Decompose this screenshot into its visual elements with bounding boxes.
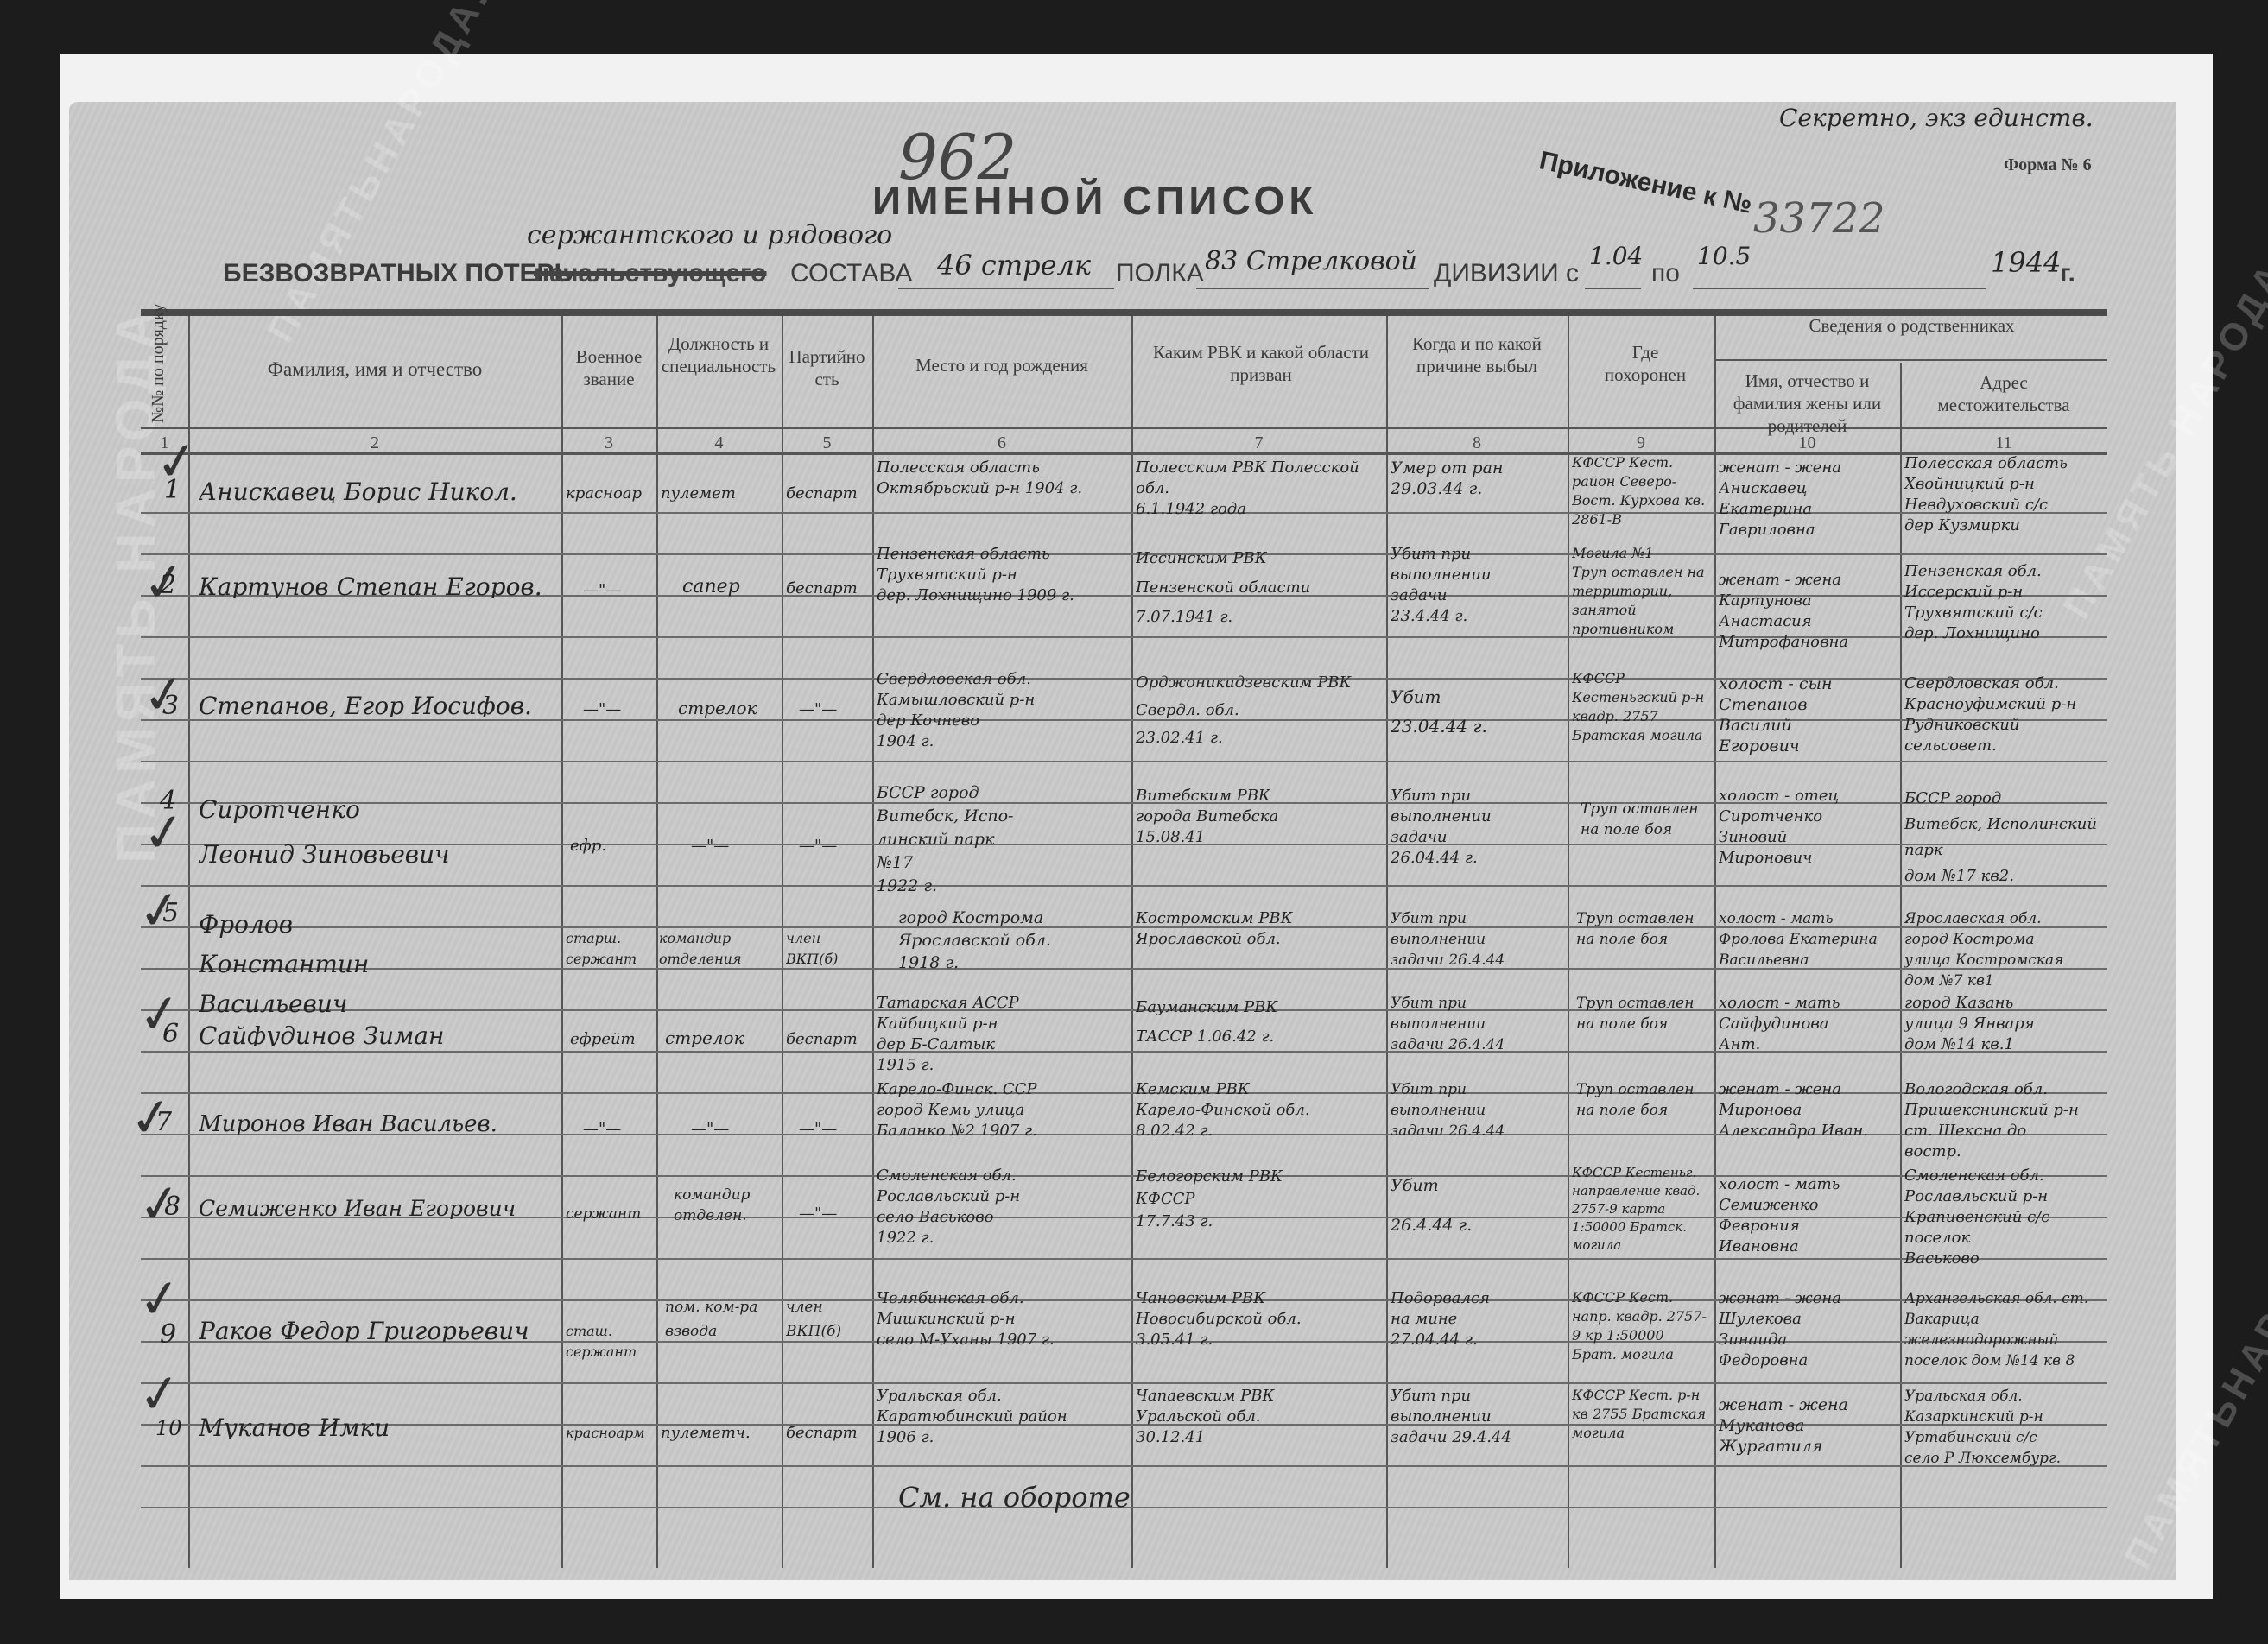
label-po: по [1651,259,1680,288]
party-cell: —"— [799,699,868,720]
address-cell: Полесская область Хвойницкий р-н Невдухо… [1904,453,2107,536]
drafted-cell: Витебским РВК города Витебска 15.08.41 [1136,786,1382,848]
row-number: 9 [160,1319,176,1350]
row-number: 8 [164,1192,181,1222]
birth-cell: Челябинская обл. Мишкинский р-н село М-У… [877,1288,1127,1350]
buried-cell: КФССР Кест. напр. квадр. 2757-9 кр 1:500… [1572,1288,1710,1383]
row-number: 2 [160,570,176,600]
position-cell: сапер [682,577,777,598]
name-cell: Сиротченко Леонид Зиновьевич [199,787,458,877]
relatives-cell: холост - сын Степанов Василий Егорович [1719,673,1896,756]
form-label: Форма № 6 [2004,155,2092,175]
position-cell: пулеметч. [661,1423,777,1444]
buried-cell: КФССР Кестеньгский р-н квадр. 2757 Братс… [1572,669,1710,764]
birth-cell: БССР город Витебск, Испо- линский парк №… [877,781,1127,898]
year: 1944 [1991,246,2061,279]
date-to: 10.5 [1697,242,1751,270]
party-cell: член ВКП(б) [786,928,868,970]
drafted-cell: Полесским РВК Полесской обл. 6.1.1942 го… [1136,458,1382,520]
rank-cell: ефрейт [570,1029,652,1050]
party-cell: —"— [799,1204,868,1224]
header-col-4: Должность и специальность [658,332,779,377]
address-cell: Вологодская обл. Пришекснинский р-н ст. … [1904,1079,2107,1162]
buried-cell: Могила №1 Труп оставлен на территории, з… [1572,544,1710,639]
row-number: 5 [162,898,179,928]
relatives-cell: холост - мать Фролова Екатерина Васильев… [1719,908,1896,971]
position-cell: —"— [691,836,777,857]
relatives-cell: женат - жена Миронова Александра Иван. [1719,1079,1896,1141]
label-polka: ПОЛКА [1116,259,1204,288]
row-number: 1 [164,475,181,505]
left-cell: Убит при выполнении задачи 26.04.44 г. [1391,786,1563,869]
col-number: 7 [1131,433,1386,453]
col-number: 5 [782,433,872,453]
birth-cell: Татарская АССР Кайбицкий р-н дер Б-Салты… [877,993,1127,1076]
address-cell: Уральская обл. Казаркинский р-н Уртабинс… [1904,1386,2107,1469]
address-cell: Архангельская обл. ст. Вакарица железнод… [1904,1288,2107,1375]
drafted-cell: Кемским РВК Карело-Финской обл. 8.02.42 … [1136,1079,1382,1141]
position-cell: командир отделения [659,928,780,970]
drafted-cell: Костромским РВК Ярославской обл. [1136,908,1382,950]
header-col-5: Партийность [786,345,868,390]
regiment-line [898,288,1114,289]
relatives-cell: холост - мать Сайфудинова Ант. [1719,993,1896,1055]
party-cell: член ВКП(б) [786,1295,868,1344]
left-cell: Убит при выполнении задачи 29.4.44 [1391,1386,1563,1448]
address-cell: город Казань улица 9 Января дом №14 кв.1 [1904,993,2107,1055]
birth-cell: Карело-Финск. ССР город Кемь улица Балан… [877,1079,1127,1141]
drafted-cell: Чапаевским РВК Уральской обл. 30.12.41 [1136,1386,1382,1448]
row-number: 7 [155,1107,172,1137]
buried-cell: КФССР Кест. р-н кв 2755 Братская могила [1572,1386,1710,1472]
name-cell: Фролов Константин Васильевич [199,905,458,1024]
address-cell: Смоленская обл. Рославльский р-н Крапиве… [1904,1166,2107,1269]
left-cell: Убит при выполнении задачи 26.4.44 [1391,1079,1563,1141]
left-cell: Убит при выполнении задачи 23.4.44 г. [1391,544,1563,627]
buried-cell: Труп оставлен на поле боя [1576,1079,1710,1121]
date-from-line [1585,288,1641,289]
party-cell: беспарт [786,484,868,504]
address-cell: Свердловская обл. Красноуфимский р-н Руд… [1904,673,2107,756]
party-cell: беспарт [786,1423,868,1444]
division-line [1196,288,1429,289]
secrecy-note: Секретно, экз единств. [1779,104,2094,132]
drafted-cell: Бауманским РВК ТАССР 1.06.42 г. [1136,993,1382,1052]
relatives-cell: холост - отец Сиротченко Зиновий Миронов… [1719,786,1896,869]
header-col-6: Место и год рождения [874,354,1130,376]
address-cell: БССР город Витебск, Исполинский парк дом… [1904,786,2107,889]
header-col-3: Военное звание [566,345,652,390]
col-number: 10 [1714,433,1900,453]
page-title: ИМЕННОЙ СПИСОК [872,177,1317,224]
drafted-cell: Орджоникидзевским РВК Свердл. обл. 23.02… [1136,669,1382,752]
buried-cell: КФССР Кестеньг. направление квад. 2757-9… [1572,1164,1710,1272]
col-number: 2 [188,433,561,453]
header-col-11: Адрес местожительства [1917,371,2090,416]
relatives-cell: холост - мать Семиженко Феврония Ивановн… [1719,1174,1896,1257]
rank-cell: —"— [583,1119,652,1140]
address-cell: Ярославская обл. город Кострома улица Ко… [1904,908,2107,991]
party-cell: —"— [799,836,868,857]
rank-cell: сержант [566,1204,652,1224]
rank-cell: красноарм [566,1423,652,1444]
drafted-cell: Белогорским РВК КФССР 17.7.43 г. [1136,1166,1382,1233]
col-number: 6 [872,433,1131,453]
name-cell: Степанов, Егор Иосифов. [199,696,557,717]
position-cell: стрелок [678,698,777,718]
name-cell: Раков Федор Григорьевич [199,1321,561,1342]
label-sostava: СОСТАВА [790,259,912,288]
left-cell: Убит при выполнении задачи 26.4.44 [1391,908,1563,971]
col-number: 4 [656,433,782,453]
col-number: 8 [1386,433,1568,453]
header-col-2: Фамилия, имя и отчество [188,358,561,381]
birth-cell: Свердловская обл. Камышловский р-н дер К… [877,669,1127,752]
birth-cell: Уральская обл. Каратюбинский район 1906 … [877,1386,1127,1448]
header-col-1: №№ по порядку [149,304,168,423]
header-col-9: Где похоронен [1589,341,1701,386]
position-cell: —"— [691,1119,777,1140]
name-cell: Миронов Иван Васильев. [199,1114,557,1135]
name-cell: Сайфудинов Зиман [199,1026,557,1046]
regiment-value: 46 стрелк [937,249,1091,281]
name-cell: Картунов Степан Егоров. [199,577,557,598]
position-cell: пом. ком-ра взвода [665,1295,777,1344]
rank-cell: старш. сержант [566,928,652,970]
subtitle-prefix: БЕЗВОЗВРАТНЫХ ПОТЕРЬ [223,259,573,288]
buried-cell: Труп оставлен на поле боя [1576,993,1710,1034]
birth-cell: Пензенская область Трухвятский р-н дер. … [877,544,1127,606]
rank-cell: сташ. сержант [566,1321,652,1363]
see-reverse-note: См. на обороте [898,1481,1131,1514]
date-to-line [1693,288,1986,289]
header-col-10: Имя, отчество и фамилия жены или родител… [1723,370,1891,437]
position-cell: пулемет [661,484,777,504]
buried-cell: Труп оставлен на поле боя [1576,908,1710,950]
date-from: 1.04 [1589,242,1643,270]
category-handwritten: сержантского и рядового [527,220,892,250]
name-cell: Муканов Имки [199,1418,561,1438]
party-cell: беспарт [786,579,868,599]
left-cell: Убит при выполнении задачи 26.4.44 [1391,993,1563,1055]
left-cell: Подорвался на мине 27.04.44 г. [1391,1288,1563,1350]
birth-cell: Полесская область Октябрьский р-н 1904 г… [877,458,1127,499]
header-col-7: Каким РВК и какой области призван [1149,341,1373,386]
relatives-cell: женат - жена Шулекова Зинаида Федоровна [1719,1288,1896,1371]
rank-cell: ефр. [570,836,652,857]
crossed-category: начальствующего [534,259,766,288]
row-number: 4 [160,786,176,816]
position-cell: стрелок [665,1027,777,1048]
position-cell: командир отделен. [674,1185,777,1226]
drafted-cell: Иссинским РВК Пензенской области 7.07.19… [1136,544,1382,632]
drafted-cell: Чановским РВК Новосибирской обл. 3.05.41… [1136,1288,1382,1350]
row-number: 6 [162,1019,179,1049]
row-number: 10 [155,1416,182,1440]
buried-cell: Труп оставлен на поле боя [1581,799,1710,840]
rank-cell: —"— [583,580,652,601]
year-suffix: г. [2060,259,2075,288]
relatives-group-header: Сведения о родственниках [1716,314,2107,337]
party-cell: —"— [799,1119,868,1140]
header-col-8: Когда и по какой причине выбыл [1399,332,1555,377]
attachment-number: 33722 [1753,194,1885,243]
party-cell: беспарт [786,1029,868,1050]
relatives-cell: женат - жена Анискавец Екатерина Гаврило… [1719,458,1896,541]
birth-cell: город Кострома Ярославской обл. 1918 г. [898,907,1131,974]
buried-cell: КФССР Кест. район Северо-Вост. Курхова к… [1572,453,1710,540]
label-divizii: ДИВИЗИИ с [1434,259,1579,288]
left-cell: Умер от ран 29.03.44 г. [1391,458,1563,499]
left-cell: Убит 23.04.44 г. [1391,682,1563,741]
division-value: 83 Стрелковой [1205,246,1417,276]
col-number: 11 [1900,433,2107,453]
col-number: 9 [1568,433,1714,453]
rank-cell: красноар [566,484,652,504]
name-cell: Анискавец Борис Никол. [199,482,557,503]
name-cell: Семиженко Иван Егорович [199,1198,561,1219]
row-number: 3 [162,691,179,721]
relatives-cell: женат - жена Картунова Анастасия Митрофа… [1719,570,1896,653]
rank-cell: —"— [583,699,652,720]
birth-cell: Смоленская обл. Рославльский р-н село Ва… [877,1166,1127,1249]
address-cell: Пензенская обл. Иссерский р-н Трухвятски… [1904,561,2107,644]
left-cell: Убит 26.4.44 г. [1391,1166,1563,1245]
col-number: 3 [561,433,656,453]
relatives-cell: женат - жена Муканова Жургатиля [1719,1394,1896,1457]
